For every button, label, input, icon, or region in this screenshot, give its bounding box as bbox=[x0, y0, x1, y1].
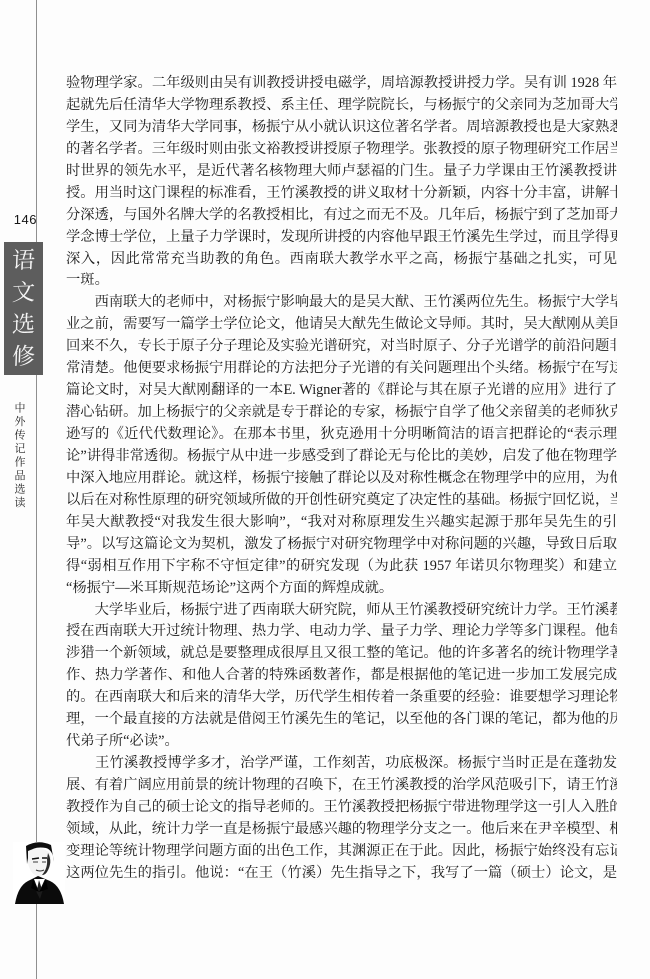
text-line: 年吴大猷教授“对我发生很大影响”，“我对对称原理发生兴趣实起源于那年吴先生的引 bbox=[66, 512, 617, 534]
banner-char: 修 bbox=[12, 344, 36, 368]
text-line: 起就先后任清华大学物理系教授、系主任、理学院院长，与杨振宁的父亲同为芝加哥大学 bbox=[66, 95, 617, 117]
text-line: 一斑。 bbox=[66, 270, 617, 292]
text-line: 深入，因此常常充当助教的角色。西南联大教学水平之高，杨振宁基础之扎实，可见 bbox=[66, 249, 617, 271]
text-line: 逊写的《近代代数理论》。在那本书里，狄克逊用十分明晰简洁的语言把群论的“表示理 bbox=[66, 424, 617, 446]
text-line: 论”讲得非常透彻。杨振宁从中进一步感受到了群论无与伦比的美妙，启发了他在物理学 bbox=[66, 446, 617, 468]
text-line: 代弟子所“必读”。 bbox=[66, 731, 617, 753]
text-line: 授。用当时这门课程的标准看，王竹溪教授的讲义取材十分新颖，内容十分丰富，讲解十 bbox=[66, 183, 617, 205]
text-line: 西南联大的老师中，对杨振宁影响最大的是吴大猷、王竹溪两位先生。杨振宁大学毕 bbox=[66, 292, 617, 314]
text-line: 篇论文时，对吴大猷刚翻译的一本E. Wigner著的《群论与其在原子光谱的应用》… bbox=[66, 380, 617, 402]
body-text: 验物理学家。二年级则由吴有训教授讲授电磁学，周培源教授讲授力学。吴有训 1928… bbox=[66, 73, 617, 885]
text-line: 回来不久，专长于原子分子理论及实验光谱研究，对当时原子、分子光谱学的前沿问题非 bbox=[66, 336, 617, 358]
text-line: 理，一个最直接的方法就是借阅王竹溪先生的笔记，以至他的各门课的笔记，都为他的历 bbox=[66, 709, 617, 731]
text-line: 验物理学家。二年级则由吴有训教授讲授电磁学，周培源教授讲授力学。吴有训 1928… bbox=[66, 73, 617, 95]
banner-char: 语 bbox=[12, 249, 36, 273]
portrait-photo bbox=[13, 842, 65, 904]
text-line: 导”。以写这篇论文为契机，激发了杨振宁对研究物理学中对称问题的兴趣，导致日后取 bbox=[66, 534, 617, 556]
text-line: 这两位先生的指引。他说：“在王（竹溪）先生指导之下，我写了一篇（硕士）论文，是 bbox=[66, 863, 617, 885]
text-line: 领域，从此，统计力学一直是杨振宁最感兴趣的物理学分支之一。他后来在尹辛模型、相 bbox=[66, 819, 617, 841]
banner-char: 选 bbox=[12, 312, 36, 336]
text-line: 王竹溪教授博学多才，治学严谨，工作刻苦，功底极深。杨振宁当时正是在蓬勃发 bbox=[66, 753, 617, 775]
series-banner: 语 文 选 修 bbox=[4, 242, 43, 375]
text-line: 得“弱相互作用下宇称不守恒定律”的研究发现（为此获 1957 年诺贝尔物理奖）和… bbox=[66, 556, 617, 578]
text-line: 以后在对称性原理的研究领域所做的开创性研究奠定了决定性的基础。杨振宁回忆说，当 bbox=[66, 490, 617, 512]
book-page: { "page": { "number": "146", "series_ban… bbox=[0, 0, 650, 979]
series-title: 中外传记作品选读 bbox=[11, 402, 27, 520]
text-line: 学生，又同为清华大学同事，杨振宁从小就认识这位著名学者。周培源教授也是大家熟悉 bbox=[66, 117, 617, 139]
text-line: 教授作为自己的硕士论文的指导老师的。王竹溪教授把杨振宁带进物理学这一引人入胜的 bbox=[66, 797, 617, 819]
text-line: 授在西南联大开过统计物理、热力学、电动力学、量子力学、理论力学等多门课程。他每 bbox=[66, 621, 617, 643]
text-line: 涉猎一个新领域，就总是要整理成很厚且又很工整的笔记。他的许多著名的统计物理学著 bbox=[66, 643, 617, 665]
text-line: 潜心钻研。加上杨振宁的父亲就是专于群论的专家，杨振宁自学了他父亲留美的老师狄克 bbox=[66, 402, 617, 424]
page-number: 146 bbox=[6, 212, 37, 227]
text-line: 业之前，需要写一篇学士学位论文，他请吴大猷先生做论文导师。其时，吴大猷刚从美国 bbox=[66, 314, 617, 336]
text-line: 分深透，与国外名牌大学的名教授相比，有过之而无不及。几年后，杨振宁到了芝加哥大 bbox=[66, 205, 617, 227]
text-line: 的著名学者。三年级时则由张文裕教授讲授原子物理学。张教授的原子物理研究工作居当 bbox=[66, 139, 617, 161]
text-line: 展、有着广阔应用前景的统计物理的召唤下，在王竹溪教授的治学风范吸引下，请王竹溪 bbox=[66, 775, 617, 797]
sidebar-divider-line bbox=[36, 0, 37, 979]
text-line: 大学毕业后，杨振宁进了西南联大研究院，师从王竹溪教授研究统计力学。王竹溪教 bbox=[66, 600, 617, 622]
text-line: 中深入地应用群论。就这样，杨振宁接触了群论以及对称性概念在物理学中的应用，为他 bbox=[66, 468, 617, 490]
text-line: 作、热力学著作、和他人合著的特殊函数著作，都是根据他的笔记进一步加工发展完成 bbox=[66, 665, 617, 687]
portrait-illustration bbox=[13, 842, 65, 904]
text-line: 变理论等统计物理学问题方面的出色工作，其渊源正在于此。因此，杨振宁始终没有忘记 bbox=[66, 841, 617, 863]
text-line: “杨振宁—米耳斯规范场论”这两个方面的辉煌成就。 bbox=[66, 578, 617, 600]
text-line: 常清楚。他便要求杨振宁用群论的方法把分子光谱的有关问题理出个头绪。杨振宁在写这 bbox=[66, 358, 617, 380]
banner-char: 文 bbox=[12, 281, 36, 305]
text-line: 学念博士学位，上量子力学课时，发现所讲授的内容他早跟王竹溪先生学过，而且学得更 bbox=[66, 227, 617, 249]
text-line: 的。在西南联大和后来的清华大学，历代学生相传着一条重要的经验：谁要想学习理论物 bbox=[66, 687, 617, 709]
text-line: 时世界的领先水平，是近代著名核物理大师卢瑟福的门生。量子力学课由王竹溪教授讲 bbox=[66, 161, 617, 183]
